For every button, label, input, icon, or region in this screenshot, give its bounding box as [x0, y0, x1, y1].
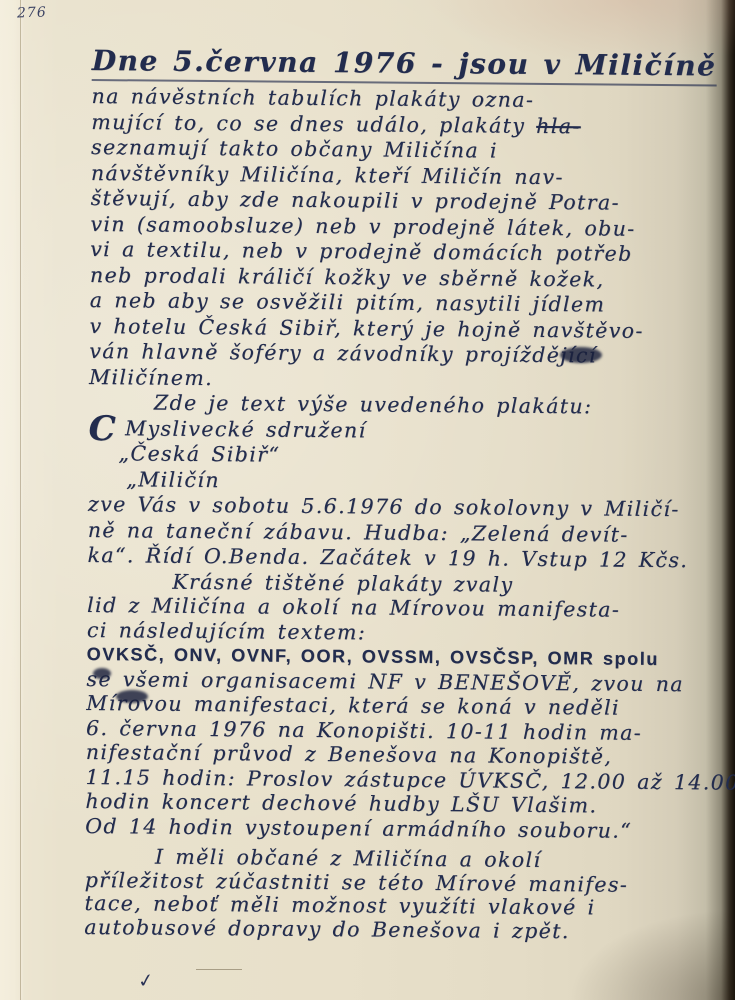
line-text: v hotelu Česká Sibiř, který je hojně nav… [89, 313, 643, 342]
line-text: ván hlavně šoféry a závodníky projíždějí… [89, 339, 597, 367]
text-line: Dne 5.června 1976 - jsou v Miličíně [92, 44, 712, 89]
line-text: OVKSČ, ONV, OVNF, OOR, OVSSM, OVSČSP, OM… [87, 644, 659, 669]
line-text: zve Vás v sobotu 5.6.1976 do sokolovny v… [88, 492, 680, 521]
paragraph-block: Krásné tištěné plakáty zvalylid z Miličí… [85, 568, 707, 843]
line-text: štěvují, aby zde nakoupili v prodejně Po… [91, 186, 620, 215]
line-text: „Miličín [126, 467, 220, 492]
line-text: vi a textilu, neb v prodejně domácích po… [90, 237, 633, 266]
line-text: návštěvníky Miličína, kteří Miličín nav- [91, 160, 564, 188]
line-text: ně na taneční zábavu. Hudba: „Zelená dev… [88, 517, 629, 546]
line-text: na návěstních tabulích plakáty ozna- [91, 84, 534, 112]
line-text: Dne 5.června 1976 - jsou v Miličíně [92, 44, 717, 86]
line-text: a neb aby se osvěžili pitím, nasytili jí… [90, 288, 606, 316]
pencil-mark [196, 969, 242, 970]
line-text: ka“. Řídí O.Benda. Začátek v 19 h. Vstup… [87, 543, 688, 572]
line-text: Od 14 hodin vystoupení armádního souboru… [85, 813, 632, 842]
line-text: „Česká Sibiř“ [118, 441, 280, 466]
line-text: autobusové dopravy do Benešova i zpět. [84, 914, 570, 942]
line-text: mující to, co se dnes událo, plakáty [91, 109, 536, 137]
checkmark-annotation: ✓ [137, 969, 156, 993]
left-page-crease [20, 0, 21, 1000]
paragraph-block: Dne 5.června 1976 - jsou v Miličíněna ná… [89, 44, 712, 395]
line-text: Miličínem. [89, 364, 213, 389]
chronicle-page-photo: 276 Dne 5.června 1976 - jsou v Miličíněn… [0, 0, 735, 1000]
line-text: vin (samoobsluze) neb v prodejně látek, … [90, 211, 635, 240]
paragraph-block: I měli občané z Miličína a okolípříležit… [84, 845, 705, 944]
line-text: Krásné tištěné plakáty zvaly [172, 569, 513, 596]
ink-blot [93, 668, 111, 679]
line-text: ci následujícím textem: [87, 617, 366, 643]
page-number: 276 [17, 4, 47, 21]
line-text: neb prodali králičí kožky ve sběrně kože… [90, 262, 605, 290]
text-line: Od 14 hodin vystoupení armádního souboru… [85, 813, 705, 843]
line-text: Myslivecké sdružení [125, 416, 367, 442]
handwritten-text-block: Dne 5.června 1976 - jsou v Miličíněna ná… [84, 44, 712, 944]
line-text: Zde je text výše uvedeného plakátu: [154, 391, 593, 419]
ink-blot [560, 347, 602, 363]
paragraph-block: Zde je text výše uvedeného plakátu:CMysl… [87, 390, 709, 574]
line-text: seznamují takto občany Miličína i [91, 135, 498, 163]
ink-blot [116, 690, 148, 703]
struck-text: hla- [536, 113, 581, 137]
